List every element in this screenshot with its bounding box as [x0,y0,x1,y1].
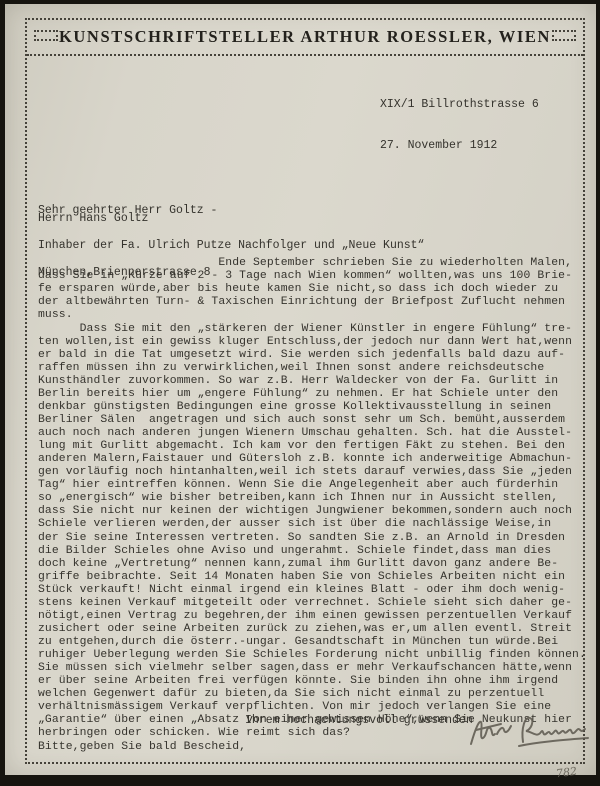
handwritten-signature [467,708,593,758]
typed-line: Ende September schrieben Sie zu wiederho… [38,257,586,270]
typed-line: er über seine Arbeiten frei verfügen kön… [38,675,586,688]
typed-line: zu entgehen,durch die österr.-ungar. Ges… [38,636,586,649]
typed-line: dass Sie nicht nur keinen der wichtigen … [38,505,586,518]
typed-line: so „energisch“ wie bisher betreiben,kann… [38,492,586,505]
typed-line: stens keinen Verkauf mitgeteilt oder ver… [38,597,586,610]
typed-line: auch noch nach anderen jungen Wienern Um… [38,427,586,440]
typed-line: anderen Malern,Faistauer und Gütersloh z… [38,453,586,466]
typed-line: Sie müssen sich vielmehr selber sagen,da… [38,662,586,675]
typed-line: griffe beibrachte. Seit 14 Monaten haben… [38,571,586,584]
typed-line: Berliner Sälen angetragen und sich auch … [38,414,586,427]
letterhead: KUNSTSCHRIFTSTELLER ARTHUR ROESSLER, WIE… [27,20,583,56]
letter-body: Ende September schrieben Sie zu wiederho… [38,218,586,754]
typed-line: muss. [38,309,586,322]
typed-line: der altbewährten Turn- & Taxischen Einri… [38,296,586,309]
typed-line: denkbar günstigsten Bedingungen eine gro… [38,401,586,414]
typed-line: gen vorläufig noch hintanhalten,weil ich… [38,466,586,479]
typed-line: nötigt,einen Vertrag zu begehren,der ihm… [38,610,586,623]
typed-line: Schiele verlieren werden,der ausser sich… [38,518,586,531]
typed-line: welchen Gegenwert dafür zu bieten,da Sie… [38,688,586,701]
typed-line: lung mit Gurlitt abgemacht. Ich kam vor … [38,440,586,453]
valediction: Ihrem hochachtungsvoll grüssenden [245,714,473,727]
typed-line: dass Sie in „Kürze auf 2 - 3 Tage nach W… [38,270,586,283]
typed-line: der Sie seine Interessen vertreten. So s… [38,532,586,545]
typed-line: die Bilder Schieles ohne Aviso und unger… [38,545,586,558]
typed-line: Dass Sie mit den „stärkeren der Wiener K… [38,323,586,336]
scanned-letter: KUNSTSCHRIFTSTELLER ARTHUR ROESSLER, WIE… [0,0,600,786]
typed-line: fe ersparen würde,aber bis heute kamen S… [38,283,586,296]
letterhead-ornament-left [34,30,58,41]
letterhead-ornament-right [552,30,576,41]
typed-line: er bald in die Tat umgesetzt wird. Sie w… [38,349,586,362]
typed-line: ruhiger Ueberlegung werden Sie Schieles … [38,649,586,662]
pencil-page-number: 782 [555,765,577,780]
salutation: Sehr geehrter Herr Goltz - [38,204,217,217]
typed-line: Kunsthändler zuvorkommen. So war z.B. He… [38,375,586,388]
letterhead-title: KUNSTSCHRIFTSTELLER ARTHUR ROESSLER, WIE… [59,27,551,47]
typed-line: Stück verkauft! Nicht einmal irgend ein … [38,584,586,597]
typed-line: ten wollen,ist ein gewiss kluger Entschl… [38,336,586,349]
sender-address: XIX/1 Billrothstrasse 6 [380,98,539,112]
typed-line: Berlin bereits hier um „engere Fühlung“ … [38,388,586,401]
typed-line: zusichert oder seine Arbeiten zurück zu … [38,623,586,636]
typed-line: Tag“ hier eintreffen können. Wenn Sie di… [38,479,586,492]
typed-line: raffen müssen ihn zu verwirklichen,weil … [38,362,586,375]
typed-line: doch keine „Vertretung“ nennen kann,zuma… [38,558,586,571]
letter-paper: KUNSTSCHRIFTSTELLER ARTHUR ROESSLER, WIE… [5,4,596,775]
